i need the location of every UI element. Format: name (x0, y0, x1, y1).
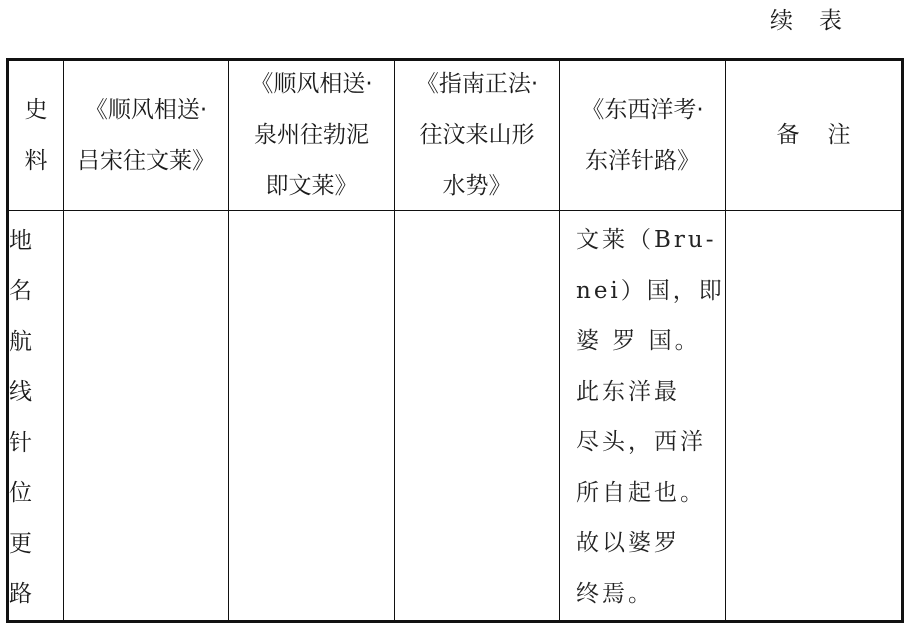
header-text: 《顺风相送· (250, 59, 372, 110)
cell-empty (395, 211, 559, 620)
header-text: 即文莱》 (266, 161, 358, 212)
cell-empty (229, 211, 394, 620)
cell-empty (64, 211, 228, 620)
table-caption: 续表 (770, 6, 868, 36)
text-line: 婆 罗 国。 (576, 316, 701, 367)
row-label-char: 针 (9, 418, 32, 469)
header-text: 《指南正法· (416, 59, 538, 110)
cell-remarks-empty (726, 211, 901, 620)
text-line: 尽头，西洋 (576, 417, 706, 468)
text-line: 文莱（Bru- (576, 215, 716, 266)
header-cell-dongxiyang-kao: 《东西洋考· 东洋针路》 (560, 61, 725, 210)
header-cell-remarks: 备注 (726, 61, 901, 210)
header-text: 东洋针路》 (585, 136, 700, 187)
header-text: 史 (25, 85, 48, 136)
header-cell-shunfeng-luzon: 《顺风相送· 吕宋往文莱》 (64, 61, 228, 210)
header-cell-source: 史 料 (9, 61, 63, 210)
header-text: 水势》 (443, 161, 512, 212)
header-text: 往汶来山形 (420, 110, 535, 161)
text-line: 此东洋最 (576, 367, 680, 418)
header-text: 《顺风相送· (85, 85, 207, 136)
row-label-char: 航 (9, 317, 32, 368)
row-label-route: 地 名 航 线 针 位 更 路 (9, 211, 63, 620)
cell-dongxiyang-text: 文莱（Bru- nei）国，即 婆 罗 国。 此东洋最 尽头，西洋 所自起也。 … (560, 211, 725, 620)
header-text: 《东西洋考· (581, 85, 703, 136)
row-label-char: 更 (9, 519, 32, 570)
row-label-char: 位 (9, 468, 32, 519)
row-label-char: 路 (9, 569, 32, 620)
text-line: nei）国，即 (576, 266, 725, 317)
header-text: 料 (25, 136, 48, 187)
header-text: 泉州往勃泥 (254, 110, 369, 161)
header-cell-zhinan-zhengfa: 《指南正法· 往汶来山形 水势》 (395, 61, 559, 210)
text-line: 故以婆罗 (576, 518, 680, 569)
row-label-char: 名 (9, 266, 32, 317)
text-line: 终焉。 (576, 569, 654, 620)
header-text: 吕宋往文莱》 (77, 136, 215, 187)
row-label-char: 地 (9, 216, 32, 267)
text-line: 所自起也。 (576, 468, 706, 519)
header-cell-shunfeng-quanzhou: 《顺风相送· 泉州往勃泥 即文莱》 (229, 61, 394, 210)
comparison-table: 史 料 《顺风相送· 吕宋往文莱》 《顺风相送· 泉州往勃泥 即文莱》 《指南正… (6, 58, 904, 623)
row-label-char: 线 (9, 367, 32, 418)
header-text: 备注 (749, 110, 879, 161)
